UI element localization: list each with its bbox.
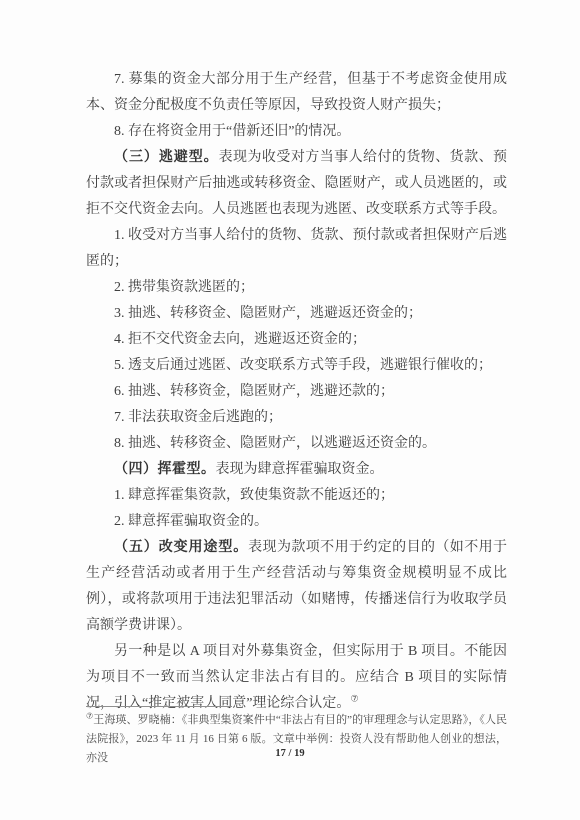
list-item: 1. 肆意挥霍集资款，致使集资款不能返还的； (86, 483, 507, 509)
paragraph: 7. 募集的资金大部分用于生产经营，但基于不考虑资金使用成本、资金分配极度不负责… (86, 67, 507, 119)
list-item: 5. 透支后通过逃匿、改变联系方式等手段，逃避银行催收的； (86, 353, 507, 379)
list-item: 4. 拒不交代资金去向，逃避返还资金的； (86, 327, 507, 353)
paragraph-text: 4. 拒不交代资金去向，逃避返还资金的； (114, 332, 366, 347)
section-heading: （四）挥霍型。 (114, 462, 216, 477)
list-item: 3. 抽逃、转移资金、隐匿财产，逃避返还资金的； (86, 301, 507, 327)
paragraph-text: 另一种是以 A 项目对外募集资金，但实际用于 B 项目。不能因为项目不一致而当然… (86, 644, 507, 711)
list-item: 8. 抽逃、转移资金、隐匿财产，以逃避返还资金的。 (86, 431, 507, 457)
paragraph-text: 表现为肆意挥霍骗取资金。 (216, 462, 384, 477)
section-heading: （五）改变用途型。 (114, 540, 248, 555)
paragraph: 8. 存在将资金用于“借新还旧”的情况。 (86, 119, 507, 145)
page-body-text: 7. 募集的资金大部分用于生产经营，但基于不考虑资金使用成本、资金分配极度不负责… (86, 67, 507, 717)
paragraph-text: 5. 透支后通过逃匿、改变联系方式等手段，逃避银行催收的； (114, 358, 492, 373)
section-heading: （三）逃避型。 (114, 150, 219, 165)
paragraph-text: 2. 携带集资款逃匿的； (114, 280, 254, 295)
paragraph-text: 1. 收受对方当事人给付的货物、货款、预付款或者担保财产后逃匿的； (86, 228, 507, 269)
list-item: 1. 收受对方当事人给付的货物、货款、预付款或者担保财产后逃匿的； (86, 223, 507, 275)
footnote-divider (86, 706, 232, 707)
paragraph-section-3: （三）逃避型。表现为收受对方当事人给付的货物、货款、预付款或者担保财产后抽逃或转… (86, 145, 507, 223)
list-item: 2. 肆意挥霍骗取资金的。 (86, 509, 507, 535)
list-item: 6. 抽逃、转移资金，隐匿财产，逃避还款的； (86, 379, 507, 405)
list-item: 7. 非法获取资金后逃跑的； (86, 405, 507, 431)
paragraph-text: 8. 抽逃、转移资金、隐匿财产，以逃避返还资金的。 (114, 436, 436, 451)
footnote-text: ⑦王海瑛、罗晓楠：《非典型集资案件中“非法占有目的”的审理理念与认定思路》，《人… (86, 711, 507, 768)
paragraph-section-5: （五）改变用途型。表现为款项不用于约定的目的（如不用于生产经营活动或者用于生产经… (86, 535, 507, 639)
paragraph-text: 6. 抽逃、转移资金，隐匿财产，逃避还款的； (114, 384, 394, 399)
page-number: 17 / 19 (0, 748, 580, 759)
paragraph-section-4: （四）挥霍型。表现为肆意挥霍骗取资金。 (86, 457, 507, 483)
paragraph-text: 7. 募集的资金大部分用于生产经营，但基于不考虑资金使用成本、资金分配极度不负责… (86, 72, 507, 113)
paragraph-text: 7. 非法获取资金后逃跑的； (114, 410, 282, 425)
footnote-reference-mark: ⑦ (350, 693, 358, 703)
paragraph-text: 3. 抽逃、转移资金、隐匿财产，逃避返还资金的； (114, 306, 422, 321)
list-item: 2. 携带集资款逃匿的； (86, 275, 507, 301)
paragraph-text: 8. 存在将资金用于“借新还旧”的情况。 (114, 124, 350, 139)
paragraph-text: 1. 肆意挥霍集资款，致使集资款不能返还的； (114, 488, 394, 503)
paragraph-text: 2. 肆意挥霍骗取资金的。 (114, 514, 268, 529)
document-page: 7. 募集的资金大部分用于生产经营，但基于不考虑资金使用成本、资金分配极度不负责… (0, 0, 580, 820)
